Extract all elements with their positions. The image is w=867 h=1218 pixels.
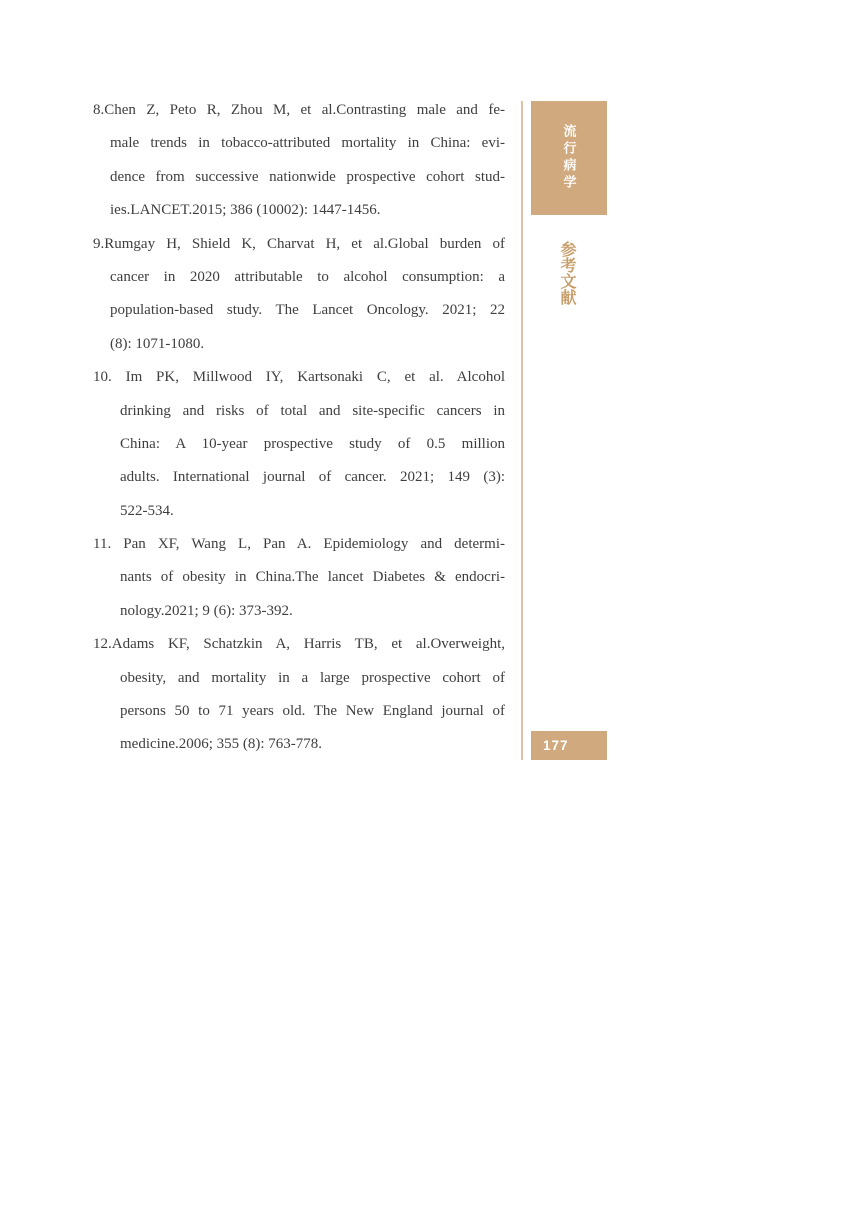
reference-line: obesity, and mortality in a large prospe… bbox=[93, 662, 505, 695]
reference-line: persons 50 to 71 years old. The New Engl… bbox=[93, 695, 505, 728]
reference-item: 9.Rumgay H, Shield K, Charvat H, et al.G… bbox=[93, 228, 505, 362]
reference-line: (8): 1071-1080. bbox=[93, 328, 505, 361]
reference-line: 11. Pan XF, Wang L, Pan A. Epidemiology … bbox=[93, 528, 505, 561]
sidebar-divider-line bbox=[521, 101, 523, 760]
reference-item: 11. Pan XF, Wang L, Pan A. Epidemiology … bbox=[93, 528, 505, 628]
reference-line: population-based study. The Lancet Oncol… bbox=[93, 294, 505, 327]
reference-line: nants of obesity in China.The lancet Dia… bbox=[93, 561, 505, 594]
reference-item: 10. Im PK, Millwood IY, Kartsonaki C, et… bbox=[93, 361, 505, 528]
reference-line: 8.Chen Z, Peto R, Zhou M, et al.Contrast… bbox=[93, 94, 505, 127]
reference-line: male trends in tobacco-attributed mortal… bbox=[93, 127, 505, 160]
reference-line: dence from successive nationwide prospec… bbox=[93, 161, 505, 194]
chapter-tab: 流行病学 bbox=[531, 101, 607, 215]
reference-line: ies.LANCET.2015; 386 (10002): 1447-1456. bbox=[93, 194, 505, 227]
reference-line: adults. International journal of cancer.… bbox=[93, 461, 505, 494]
reference-line: nology.2021; 9 (6): 373-392. bbox=[93, 595, 505, 628]
reference-line: China: A 10-year prospective study of 0.… bbox=[93, 428, 505, 461]
page-number-badge: 177 bbox=[531, 731, 607, 760]
reference-line: medicine.2006; 355 (8): 763-778. bbox=[93, 728, 505, 761]
reference-line: 10. Im PK, Millwood IY, Kartsonaki C, et… bbox=[93, 361, 505, 394]
section-label: 参考文献 bbox=[555, 241, 578, 305]
references-list: 8.Chen Z, Peto R, Zhou M, et al.Contrast… bbox=[93, 94, 505, 762]
reference-line: 12.Adams KF, Schatzkin A, Harris TB, et … bbox=[93, 628, 505, 661]
chapter-tab-label: 流行病学 bbox=[560, 124, 579, 192]
reference-item: 12.Adams KF, Schatzkin A, Harris TB, et … bbox=[93, 628, 505, 762]
reference-line: drinking and risks of total and site-spe… bbox=[93, 395, 505, 428]
reference-item: 8.Chen Z, Peto R, Zhou M, et al.Contrast… bbox=[93, 94, 505, 228]
page-number: 177 bbox=[543, 738, 569, 753]
reference-line: 9.Rumgay H, Shield K, Charvat H, et al.G… bbox=[93, 228, 505, 261]
reference-line: 522-534. bbox=[93, 495, 505, 528]
reference-line: cancer in 2020 attributable to alcohol c… bbox=[93, 261, 505, 294]
book-page: 8.Chen Z, Peto R, Zhou M, et al.Contrast… bbox=[0, 0, 867, 1218]
